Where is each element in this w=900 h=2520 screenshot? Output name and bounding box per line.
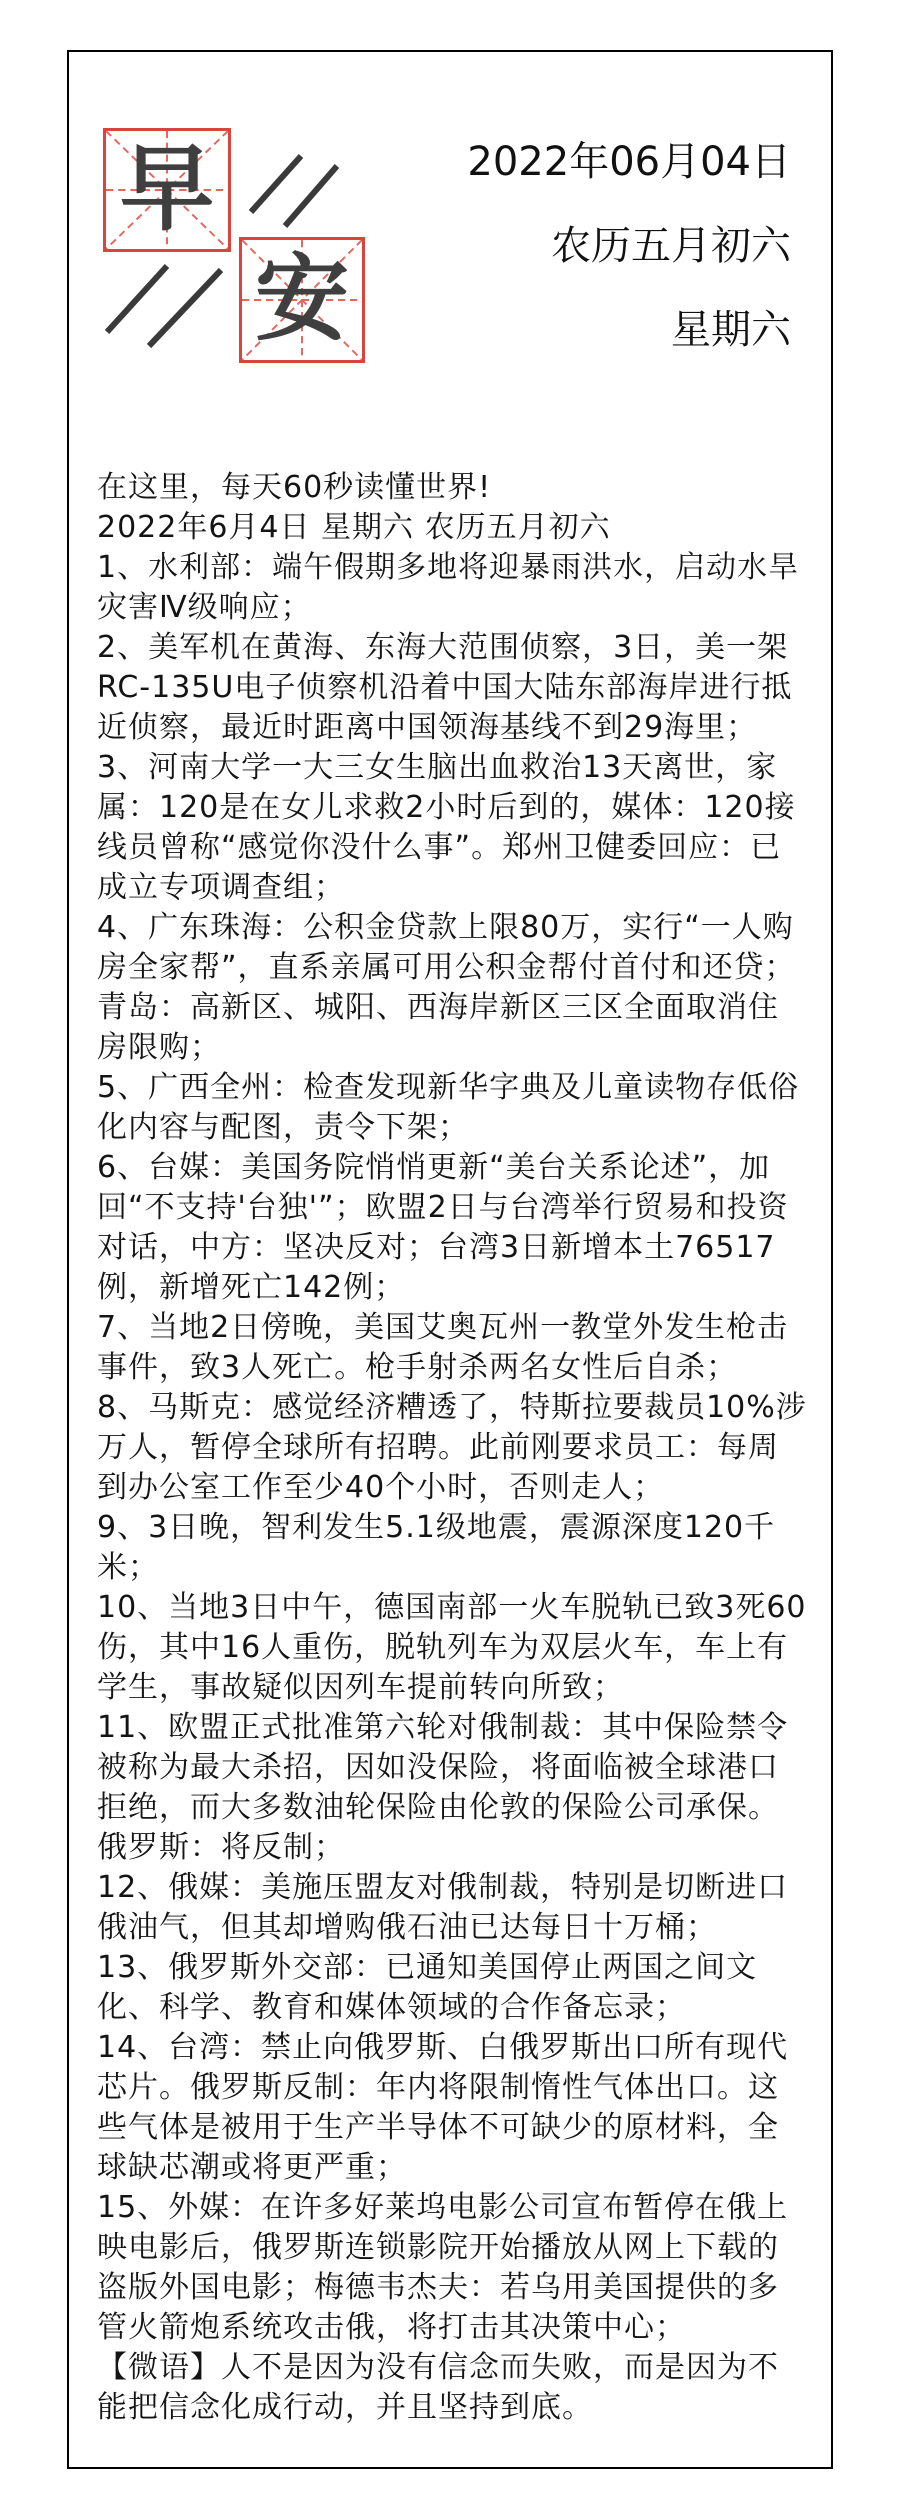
an-character-box: 安 bbox=[239, 237, 365, 363]
news-item: 5、广西全州：检查发现新华字典及儿童读物存低俗化内容与配图，责令下架； bbox=[97, 1068, 809, 1148]
card-border-frame: 早 安 2022年06月04日 农历五月初六 星期六 在这里，每天60秒读懂世界… bbox=[67, 50, 833, 2469]
news-item: 1、水利部：端午假期多地将迎暴雨洪水，启动水旱灾害Ⅳ级响应； bbox=[97, 548, 809, 628]
morning-briefing-page: { "header": { "logo_chars": ["早", "安"], … bbox=[0, 0, 900, 2520]
an-character: 安 bbox=[242, 240, 362, 360]
news-item: 7、当地2日傍晚，美国艾奥瓦州一教堂外发生枪击事件，致3人死亡。枪手射杀两名女性… bbox=[97, 1308, 809, 1388]
news-item: 13、俄罗斯外交部：已通知美国停止两国之间文化、科学、教育和媒体领域的合作备忘录… bbox=[97, 1948, 809, 2028]
zao-character-box: 早 bbox=[103, 128, 231, 252]
news-item: 6、台媒：美国务院悄悄更新“美台关系论述”，加回“不支持'台独'”；欧盟2日与台… bbox=[97, 1148, 809, 1308]
tagline: 在这里，每天60秒读懂世界! bbox=[97, 468, 809, 508]
news-item: 3、河南大学一大三女生脑出血救治13天离世，家属：120是在女儿求救2小时后到的… bbox=[97, 748, 809, 908]
news-item: 2、美军机在黄海、东海大范围侦察，3日，美一架RC-135U电子侦察机沿着中国大… bbox=[97, 628, 809, 748]
date-block: 2022年06月04日 农历五月初六 星期六 bbox=[467, 140, 791, 392]
gregorian-date: 2022年06月04日 bbox=[467, 140, 791, 184]
news-item: 8、马斯克：感觉经济糟透了，特斯拉要裁员10%涉万人，暂停全球所有招聘。此前刚要… bbox=[97, 1388, 809, 1508]
news-item: 4、广东珠海：公积金贷款上限80万，实行“一人购房全家帮”，直系亲属可用公积金帮… bbox=[97, 908, 809, 1068]
weekday: 星期六 bbox=[467, 308, 791, 352]
double-slash-icon bbox=[105, 262, 237, 350]
date-line: 2022年6月4日 星期六 农历五月初六 bbox=[97, 508, 809, 548]
lunar-date: 农历五月初六 bbox=[467, 224, 791, 268]
double-slash-icon bbox=[247, 148, 339, 230]
news-item: 9、3日晚，智利发生5.1级地震，震源深度120千米； bbox=[97, 1508, 809, 1588]
news-item: 10、当地3日中午，德国南部一火车脱轨已致3死60伤，其中16人重伤，脱轨列车为… bbox=[97, 1588, 809, 1708]
news-body: 在这里，每天60秒读懂世界! 2022年6月4日 星期六 农历五月初六 1、水利… bbox=[97, 468, 809, 2428]
news-item: 15、外媒：在许多好莱坞电影公司宣布暂停在俄上映电影后，俄罗斯连锁影院开始播放从… bbox=[97, 2188, 809, 2348]
news-item: 11、欧盟正式批准第六轮对俄制裁：其中保险禁令被称为最大杀招，因如没保险，将面临… bbox=[97, 1708, 809, 1868]
zao-character: 早 bbox=[106, 131, 228, 249]
weiyu-quote: 【微语】人不是因为没有信念而失败，而是因为不能把信念化成行动，并且坚持到底。 bbox=[97, 2348, 809, 2428]
news-item: 12、俄媒：美施压盟友对俄制裁，特别是切断进口俄油气，但其却增购俄石油已达每日十… bbox=[97, 1868, 809, 1948]
news-list: 1、水利部：端午假期多地将迎暴雨洪水，启动水旱灾害Ⅳ级响应；2、美军机在黄海、东… bbox=[97, 548, 809, 2348]
news-item: 14、台湾：禁止向俄罗斯、白俄罗斯出口所有现代芯片。俄罗斯反制：年内将限制惰性气… bbox=[97, 2028, 809, 2188]
